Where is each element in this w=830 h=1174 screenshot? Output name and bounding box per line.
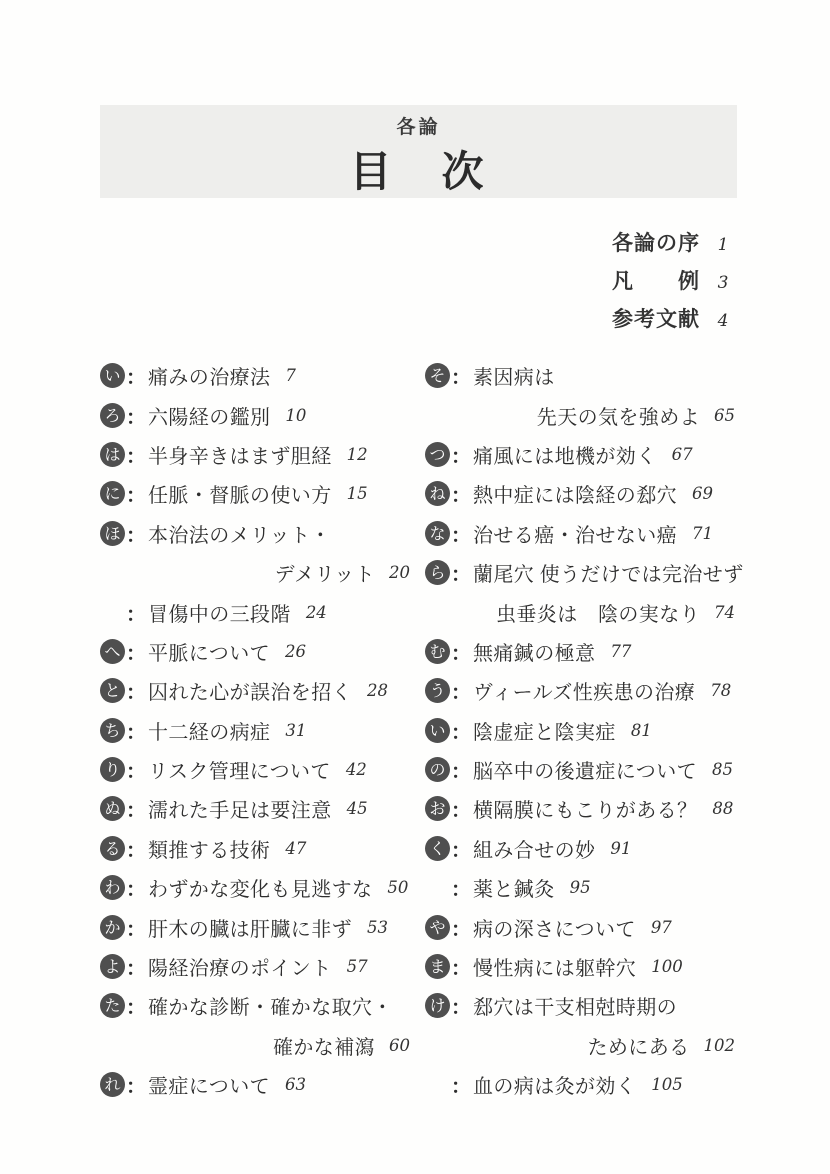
entry-colon: ： xyxy=(126,755,146,784)
entry-page-number: 105 xyxy=(651,1075,683,1094)
entry-page-number: 97 xyxy=(651,918,672,937)
toc-entry: お ： 横隔膜にもこりがある？ 88 xyxy=(425,789,737,828)
toc-entry: う ： ヴィールズ性疾患の治療 78 xyxy=(425,671,737,710)
toc-entry: る ： 類推する技術 47 xyxy=(100,829,412,868)
entry-kana-badge: よ xyxy=(100,954,125,979)
entry-colon: ： xyxy=(451,558,471,587)
toc-entry: ち ： 十二経の病症 31 xyxy=(100,711,412,750)
entry-page-number: 7 xyxy=(285,366,296,385)
toc-entry: り ： リスク管理について 42 xyxy=(100,750,412,789)
entry-kana-badge: つ xyxy=(425,442,450,467)
entry-title: 任脈・督脈の使い方 xyxy=(148,479,332,508)
entry-kana-badge: り xyxy=(100,757,125,782)
entry-title: 熱中症には陰経の郄穴 xyxy=(473,479,677,508)
frontmatter-label: 参考文献 xyxy=(612,303,700,333)
entry-page-number: 77 xyxy=(610,642,631,661)
entry-colon: ： xyxy=(126,913,146,942)
frontmatter-row: 参考文献 4 xyxy=(612,303,738,341)
toc-entry: く ： 組み合せの妙 91 xyxy=(425,829,737,868)
entry-kana-badge: お xyxy=(425,796,450,821)
entry-kana-badge: い xyxy=(100,363,125,388)
entry-page-number: 24 xyxy=(306,603,327,622)
entry-page-number: 85 xyxy=(712,760,733,779)
entry-title: 十二経の病症 xyxy=(148,716,270,745)
entry-page-number: 78 xyxy=(710,681,731,700)
section-subtitle: 各論 xyxy=(100,105,737,139)
entry-page-number: 67 xyxy=(672,445,693,464)
frontmatter-page-number: 4 xyxy=(708,311,738,331)
entry-page-number: 12 xyxy=(347,445,368,464)
entry-title: 痛みの治療法 xyxy=(148,361,270,390)
entry-kana-badge: な xyxy=(425,521,450,546)
entry-page-number: 26 xyxy=(285,642,306,661)
toc-entry: た ： 確かな診断・確かな取穴・ xyxy=(100,986,412,1025)
entry-page-number: 15 xyxy=(347,484,368,503)
toc-columns: い ： 痛みの治療法 7 ろ ： 六陽経の鑑別 10 は ： 半身辛きはまず胆経… xyxy=(100,356,737,1104)
entry-kana-spacer xyxy=(100,600,125,625)
entry-title: ためにある xyxy=(588,1031,690,1060)
frontmatter-page-number: 1 xyxy=(708,235,738,255)
entry-colon: ： xyxy=(451,991,471,1020)
toc-entry-continuation: 虫垂炎は 陰の実なり 74 xyxy=(425,592,737,631)
frontmatter-list: 各論の序 1 凡 例 3 参考文献 4 xyxy=(612,227,738,341)
entry-colon: ： xyxy=(126,637,146,666)
toc-entry: か ： 肝木の臓は肝臓に非ず 53 xyxy=(100,907,412,946)
entry-title: 虫垂炎は 陰の実なり xyxy=(496,598,700,627)
entry-kana-badge: と xyxy=(100,678,125,703)
entry-page-number: 50 xyxy=(387,878,408,897)
entry-title: ヴィールズ性疾患の治療 xyxy=(473,676,695,705)
entry-page-number: 10 xyxy=(285,406,306,425)
entry-kana-badge: は xyxy=(100,442,125,467)
entry-page-number: 74 xyxy=(714,603,735,622)
entry-title: デメリット xyxy=(275,558,375,587)
toc-entry: け ： 郄穴は干支相尅時期の xyxy=(425,986,737,1025)
toc-entry: ろ ： 六陽経の鑑別 10 xyxy=(100,395,412,434)
entry-title: 薬と鍼灸 xyxy=(473,873,555,902)
entry-colon: ： xyxy=(126,873,146,902)
toc-entry: ら ： 蘭尾穴 使うだけでは完治せず xyxy=(425,553,737,592)
entry-title: 類推する技術 xyxy=(148,834,270,863)
entry-colon: ： xyxy=(126,716,146,745)
entry-kana-badge: ち xyxy=(100,718,125,743)
toc-entry: わ ： わずかな変化も見逃すな 50 xyxy=(100,868,412,907)
entry-title: 治せる癌・治せない癌 xyxy=(473,519,677,548)
toc-entry: な ： 治せる癌・治せない癌 71 xyxy=(425,514,737,553)
entry-colon: ： xyxy=(451,440,471,469)
entry-colon: ： xyxy=(126,361,146,390)
entry-colon: ： xyxy=(451,755,471,784)
toc-entry: に ： 任脈・督脈の使い方 15 xyxy=(100,474,412,513)
toc-entry: ： 冒傷中の三段階 24 xyxy=(100,592,412,631)
entry-colon: ： xyxy=(451,873,471,902)
entry-colon: ： xyxy=(451,834,471,863)
entry-kana-badge: や xyxy=(425,915,450,940)
entry-colon: ： xyxy=(126,952,146,981)
entry-page-number: 65 xyxy=(714,406,735,425)
entry-kana-badge: の xyxy=(425,757,450,782)
entry-kana-badge: ね xyxy=(425,481,450,506)
entry-title: 横隔膜にもこりがある？ xyxy=(473,794,697,823)
toc-entry-continuation: 確かな補瀉 60 xyxy=(100,1026,412,1065)
entry-kana-spacer xyxy=(425,875,450,900)
entry-colon: ： xyxy=(451,913,471,942)
entry-colon: ： xyxy=(126,991,146,1020)
toc-entry: の ： 脳卒中の後遺症について 85 xyxy=(425,750,737,789)
toc-page: 各論 目 次 各論の序 1 凡 例 3 参考文献 4 い ： 痛みの治療法 7 … xyxy=(0,0,830,1174)
entry-title: 六陽経の鑑別 xyxy=(148,401,270,430)
entry-title: 慢性病には躯幹穴 xyxy=(473,952,636,981)
entry-colon: ： xyxy=(126,479,146,508)
entry-colon: ： xyxy=(451,479,471,508)
entry-title: 組み合せの妙 xyxy=(473,834,595,863)
entry-kana-badge: け xyxy=(425,993,450,1018)
entry-kana-badge: に xyxy=(100,481,125,506)
entry-kana-badge: ろ xyxy=(100,403,125,428)
entry-kana-badge: か xyxy=(100,915,125,940)
entry-colon: ： xyxy=(451,637,471,666)
toc-entry: そ ： 素因病は xyxy=(425,356,737,395)
entry-title: 濡れた手足は要注意 xyxy=(148,794,332,823)
entry-title: わずかな変化も見逃すな xyxy=(148,873,372,902)
toc-entry: む ： 無痛鍼の極意 77 xyxy=(425,632,737,671)
entry-page-number: 31 xyxy=(285,721,306,740)
entry-title: 病の深さについて xyxy=(473,913,636,942)
toc-entry: ： 薬と鍼灸 95 xyxy=(425,868,737,907)
toc-entry: へ ： 平脈について 26 xyxy=(100,632,412,671)
entry-title: 霊症について xyxy=(148,1070,270,1099)
entry-page-number: 45 xyxy=(347,799,368,818)
entry-title: 陽経治療のポイント xyxy=(148,952,332,981)
frontmatter-page-number: 3 xyxy=(708,273,738,293)
entry-kana-badge: ぬ xyxy=(100,796,125,821)
toc-entry: ほ ： 本治法のメリット・ xyxy=(100,514,412,553)
entry-page-number: 47 xyxy=(285,839,306,858)
entry-title: 本治法のメリット・ xyxy=(148,519,331,548)
entry-title: 囚れた心が誤治を招く xyxy=(148,676,352,705)
entry-colon: ： xyxy=(451,519,471,548)
entry-title: 確かな補瀉 xyxy=(273,1031,375,1060)
toc-column-right: そ ： 素因病は 先天の気を強めよ 65 つ ： 痛風には地機が効く 67 ね … xyxy=(425,356,737,1104)
entry-kana-badge: く xyxy=(425,836,450,861)
entry-colon: ： xyxy=(126,519,146,548)
entry-kana-badge: い xyxy=(425,718,450,743)
entry-title: 冒傷中の三段階 xyxy=(148,598,291,627)
entry-title: 陰虚症と陰実症 xyxy=(473,716,616,745)
toc-entry: ね ： 熱中症には陰経の郄穴 69 xyxy=(425,474,737,513)
entry-title: 平脈について xyxy=(148,637,270,666)
entry-page-number: 20 xyxy=(389,563,410,582)
frontmatter-label: 凡 例 xyxy=(612,265,700,295)
entry-colon: ： xyxy=(451,361,471,390)
toc-entry: つ ： 痛風には地機が効く 67 xyxy=(425,435,737,474)
entry-colon: ： xyxy=(126,598,146,627)
entry-kana-badge: ら xyxy=(425,560,450,585)
entry-colon: ： xyxy=(126,401,146,430)
entry-page-number: 95 xyxy=(570,878,591,897)
entry-title: 素因病は xyxy=(473,361,555,390)
entry-kana-badge: う xyxy=(425,678,450,703)
entry-colon: ： xyxy=(126,834,146,863)
entry-colon: ： xyxy=(451,794,471,823)
entry-title: 蘭尾穴 使うだけでは完治せず xyxy=(473,558,744,587)
entry-kana-badge: む xyxy=(425,639,450,664)
toc-entry-continuation: デメリット 20 xyxy=(100,553,412,592)
entry-kana-badge: ほ xyxy=(100,521,125,546)
toc-entry: や ： 病の深さについて 97 xyxy=(425,907,737,946)
entry-title: 先天の気を強めよ xyxy=(537,401,700,430)
entry-colon: ： xyxy=(451,676,471,705)
toc-entry: い ： 痛みの治療法 7 xyxy=(100,356,412,395)
page-title: 目 次 xyxy=(100,139,737,199)
entry-page-number: 28 xyxy=(367,681,388,700)
entry-page-number: 100 xyxy=(651,957,683,976)
entry-page-number: 102 xyxy=(704,1036,736,1055)
frontmatter-row: 各論の序 1 xyxy=(612,227,738,265)
entry-kana-badge: る xyxy=(100,836,125,861)
page-header: 各論 目 次 xyxy=(100,105,737,198)
entry-page-number: 69 xyxy=(692,484,713,503)
toc-entry: い ： 陰虚症と陰実症 81 xyxy=(425,711,737,750)
entry-title: 脳卒中の後遺症について xyxy=(473,755,697,784)
toc-entry: れ ： 霊症について 63 xyxy=(100,1065,412,1104)
entry-page-number: 42 xyxy=(346,760,367,779)
entry-kana-badge: た xyxy=(100,993,125,1018)
toc-entry-continuation: ためにある 102 xyxy=(425,1026,737,1065)
entry-kana-badge: れ xyxy=(100,1072,125,1097)
entry-kana-badge: ま xyxy=(425,954,450,979)
entry-title: 血の病は灸が効く xyxy=(473,1070,636,1099)
entry-kana-badge: へ xyxy=(100,639,125,664)
toc-column-left: い ： 痛みの治療法 7 ろ ： 六陽経の鑑別 10 は ： 半身辛きはまず胆経… xyxy=(100,356,412,1104)
entry-page-number: 60 xyxy=(389,1036,410,1055)
entry-page-number: 53 xyxy=(367,918,388,937)
entry-page-number: 57 xyxy=(347,957,368,976)
toc-entry: よ ： 陽経治療のポイント 57 xyxy=(100,947,412,986)
entry-kana-badge: そ xyxy=(425,363,450,388)
entry-title: 確かな診断・確かな取穴・ xyxy=(148,991,393,1020)
entry-title: リスク管理について xyxy=(148,755,331,784)
entry-colon: ： xyxy=(126,1070,146,1099)
entry-page-number: 91 xyxy=(610,839,631,858)
entry-colon: ： xyxy=(126,794,146,823)
entry-title: 無痛鍼の極意 xyxy=(473,637,595,666)
entry-title: 痛風には地機が効く xyxy=(473,440,657,469)
entry-kana-badge: わ xyxy=(100,875,125,900)
entry-title: 郄穴は干支相尅時期の xyxy=(473,991,677,1020)
toc-entry: と ： 囚れた心が誤治を招く 28 xyxy=(100,671,412,710)
entry-colon: ： xyxy=(451,952,471,981)
entry-page-number: 81 xyxy=(631,721,652,740)
toc-entry: ： 血の病は灸が効く 105 xyxy=(425,1065,737,1104)
entry-title: 肝木の臓は肝臓に非ず xyxy=(148,913,352,942)
frontmatter-row: 凡 例 3 xyxy=(612,265,738,303)
toc-entry: ぬ ： 濡れた手足は要注意 45 xyxy=(100,789,412,828)
toc-entry-continuation: 先天の気を強めよ 65 xyxy=(425,395,737,434)
entry-colon: ： xyxy=(451,1070,471,1099)
entry-kana-spacer xyxy=(425,1072,450,1097)
entry-colon: ： xyxy=(451,716,471,745)
entry-page-number: 63 xyxy=(285,1075,306,1094)
toc-entry: ま ： 慢性病には躯幹穴 100 xyxy=(425,947,737,986)
entry-colon: ： xyxy=(126,676,146,705)
entry-colon: ： xyxy=(126,440,146,469)
entry-page-number: 71 xyxy=(692,524,713,543)
frontmatter-label: 各論の序 xyxy=(612,227,700,257)
entry-title: 半身辛きはまず胆経 xyxy=(148,440,332,469)
entry-page-number: 88 xyxy=(712,799,733,818)
toc-entry: は ： 半身辛きはまず胆経 12 xyxy=(100,435,412,474)
